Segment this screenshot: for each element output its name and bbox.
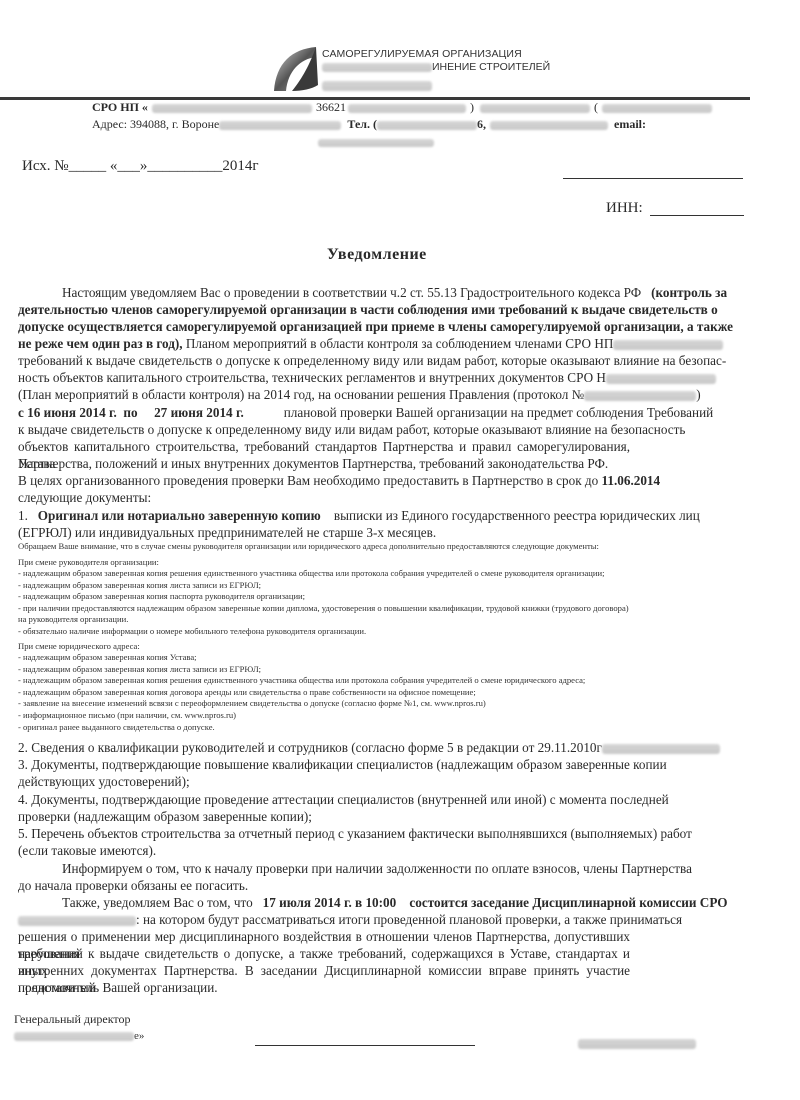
meeting-date: 17 июля 2014 г. в 10:00 состоится заседа…: [263, 895, 728, 910]
body-line-12: В целях организованного проведения прове…: [18, 472, 660, 489]
letterhead-address-line: Адрес: 394088, г. ВоронеТел. (6,email:: [92, 117, 646, 132]
document-item-3-cont: действующих удостоверений);: [18, 773, 190, 790]
redacted-block: [318, 139, 434, 147]
head-change-list: - надлежащим образом заверенная копия ре…: [18, 568, 629, 638]
list-item: - надлежащим образом заверенная копия до…: [18, 687, 585, 699]
document-item-4: 4. Документы, подтверждающие проведение …: [18, 791, 669, 808]
intro-line-3: допуске осуществляется саморегулируемой …: [18, 318, 733, 335]
redacted-block: [18, 916, 136, 926]
redacted-block: [602, 744, 720, 754]
inspection-dates-line: с 16 июня 2014 г. по 27 июня 2014 г.план…: [18, 404, 713, 421]
intro-line-6: ность объектов капитального строительств…: [18, 369, 716, 386]
signatory-position: Генеральный директор: [14, 1012, 131, 1027]
document-item-5-cont: (если таковые имеются).: [18, 842, 156, 859]
phone-suffix: 6,: [477, 117, 486, 131]
intro-bold-text: не реже чем один раз в год),: [18, 336, 183, 351]
letterhead-sro-line: СРО НП «36621)(: [92, 100, 712, 115]
redacted-block: [480, 104, 590, 113]
recipient-inn-label: ИНН:: [606, 200, 643, 217]
redacted-block: [348, 104, 466, 113]
document-item-3: 3. Документы, подтверждающие повышение к…: [18, 756, 667, 773]
document-title: Уведомление: [327, 246, 427, 264]
redacted-block: [377, 121, 477, 130]
item-text: выписки из Единого государственного реес…: [334, 508, 700, 523]
signatory-organization: е»: [14, 1030, 144, 1042]
list-item: - надлежащим образом заверенная копия Ус…: [18, 652, 585, 664]
additional-docs-notice: Обращаем Ваше внимание, что в случае сме…: [18, 541, 599, 553]
outgoing-number: Исх. №_____ «___»__________2014г: [22, 158, 259, 175]
phone-label: Тел. (: [347, 117, 377, 131]
organization-logo: [272, 45, 318, 93]
item-bold-text: Оригинал или нотариально заверенную копи…: [38, 508, 321, 523]
list-item: - надлежащим образом заверенная копия ре…: [18, 568, 629, 580]
list-item: - информационное письмо (при наличии, см…: [18, 710, 585, 722]
email-redacted: [318, 134, 434, 152]
document-item-1: 1. Оригинал или нотариально заверенную к…: [18, 507, 700, 524]
intro-text: (План мероприятий в области контроля) на…: [18, 387, 584, 402]
redacted-block: [602, 104, 712, 113]
recipient-inn-blank: [650, 215, 744, 216]
list-item: - при наличии предоставляются надлежащим…: [18, 603, 629, 615]
meeting-notice-f: представитель Вашей организации.: [18, 979, 218, 996]
signatory-name-redacted: [578, 1035, 696, 1053]
intro-text: ность объектов капитального строительств…: [18, 370, 606, 385]
body-line-11: Партнерства, положений и иных внутренних…: [18, 455, 608, 472]
intro-line-4: не реже чем один раз в год), Планом меро…: [18, 335, 723, 352]
inn-fragment: 36621: [316, 100, 346, 114]
intro-line-2: деятельностью членов саморегулируемой ор…: [18, 301, 718, 318]
body-line-13: следующие документы:: [18, 489, 151, 506]
intro-line-5: требований к выдаче свидетельств о допус…: [18, 352, 726, 369]
redacted-block: [219, 121, 341, 130]
document-item-2: 2. Сведения о квалификации руководителей…: [18, 739, 720, 756]
redacted-block: [14, 1032, 134, 1041]
email-label: email:: [614, 117, 646, 131]
document-item-4-cont: проверки (надлежащим образом заверенные …: [18, 808, 312, 825]
debt-notice: Информируем о том, что к началу проверки…: [62, 860, 692, 877]
redacted-block: [322, 81, 432, 91]
list-item: - оригинал ранее выданного свидетельства…: [18, 722, 585, 734]
org-suffix: е»: [134, 1030, 144, 1042]
list-item: - заявление на внесение изменений всвязи…: [18, 698, 585, 710]
debt-notice-cont: до начала проверки обязаны ее погасить.: [18, 877, 248, 894]
redacted-block: [322, 63, 432, 72]
item-text: 2. Сведения о квалификации руководителей…: [18, 740, 602, 755]
meeting-notice-b: : на котором будут рассматриваться итоги…: [18, 911, 682, 928]
intro-text: Планом мероприятий в области контроля за…: [186, 336, 613, 351]
item-number: 1.: [18, 508, 28, 523]
redacted-block: [578, 1039, 696, 1049]
body-line-9: к выдаче свидетельств о допуске к опреде…: [18, 421, 685, 438]
intro-text: ): [696, 387, 700, 402]
document-item-5: 5. Перечень объектов строительства за от…: [18, 825, 692, 842]
redacted-block: [613, 340, 723, 350]
deadline-date: 11.06.2014: [602, 473, 661, 488]
redacted-block: [152, 104, 312, 113]
signature-line: [255, 1045, 475, 1046]
meeting-notice: Также, уведомляем Вас о том, что 17 июля…: [62, 894, 728, 911]
meeting-text: на котором будут рассматриваться итоги п…: [143, 912, 682, 927]
address-text: Адрес: 394088, г. Вороне: [92, 117, 219, 131]
intro-text: Настоящим уведомляем Вас о проведении в …: [62, 285, 641, 300]
intro-text: В целях организованного проведения прове…: [18, 473, 598, 488]
redacted-block: [606, 374, 716, 384]
sro-prefix: СРО НП «: [92, 100, 148, 114]
intro-bold-text: (контроль за: [651, 285, 727, 300]
org-short-name-redacted: [322, 77, 432, 95]
list-item: - надлежащим образом заверенная копия ли…: [18, 580, 629, 592]
address-change-list: - надлежащим образом заверенная копия Ус…: [18, 652, 585, 733]
inspection-dates: с 16 июня 2014 г. по 27 июня 2014 г.: [18, 405, 244, 420]
org-name-line1: САМОРЕГУЛИРУЕМАЯ ОРГАНИЗАЦИЯ: [322, 48, 522, 60]
intro-text: плановой проверки Вашей организации на п…: [284, 405, 713, 420]
list-item: - надлежащим образом заверенная копия ре…: [18, 675, 585, 687]
address-change-title: При смене юридического адреса:: [18, 641, 140, 653]
list-item: - обязательно наличие информации о номер…: [18, 626, 629, 638]
intro-line-7: (План мероприятий в области контроля) на…: [18, 386, 701, 403]
redacted-block: [490, 121, 608, 130]
list-item: - надлежащим образом заверенная копия па…: [18, 591, 629, 603]
list-item: на руководителя организации.: [18, 614, 629, 626]
org-name-suffix: ИНЕНИЕ СТРОИТЕЛЕЙ: [432, 61, 550, 73]
org-name-line2: ИНЕНИЕ СТРОИТЕЛЕЙ: [322, 61, 550, 73]
redacted-block: [584, 391, 696, 401]
intro-line-1: Настоящим уведомляем Вас о проведении в …: [62, 284, 727, 301]
recipient-blank-line: [563, 178, 743, 179]
head-change-title: При смене руководителя организации:: [18, 557, 159, 569]
document-item-1-cont: (ЕГРЮЛ) или индивидуальных предпринимате…: [18, 524, 436, 541]
list-item: - надлежащим образом заверенная копия ли…: [18, 664, 585, 676]
meeting-text: Также, уведомляем Вас о том, что: [62, 895, 253, 910]
